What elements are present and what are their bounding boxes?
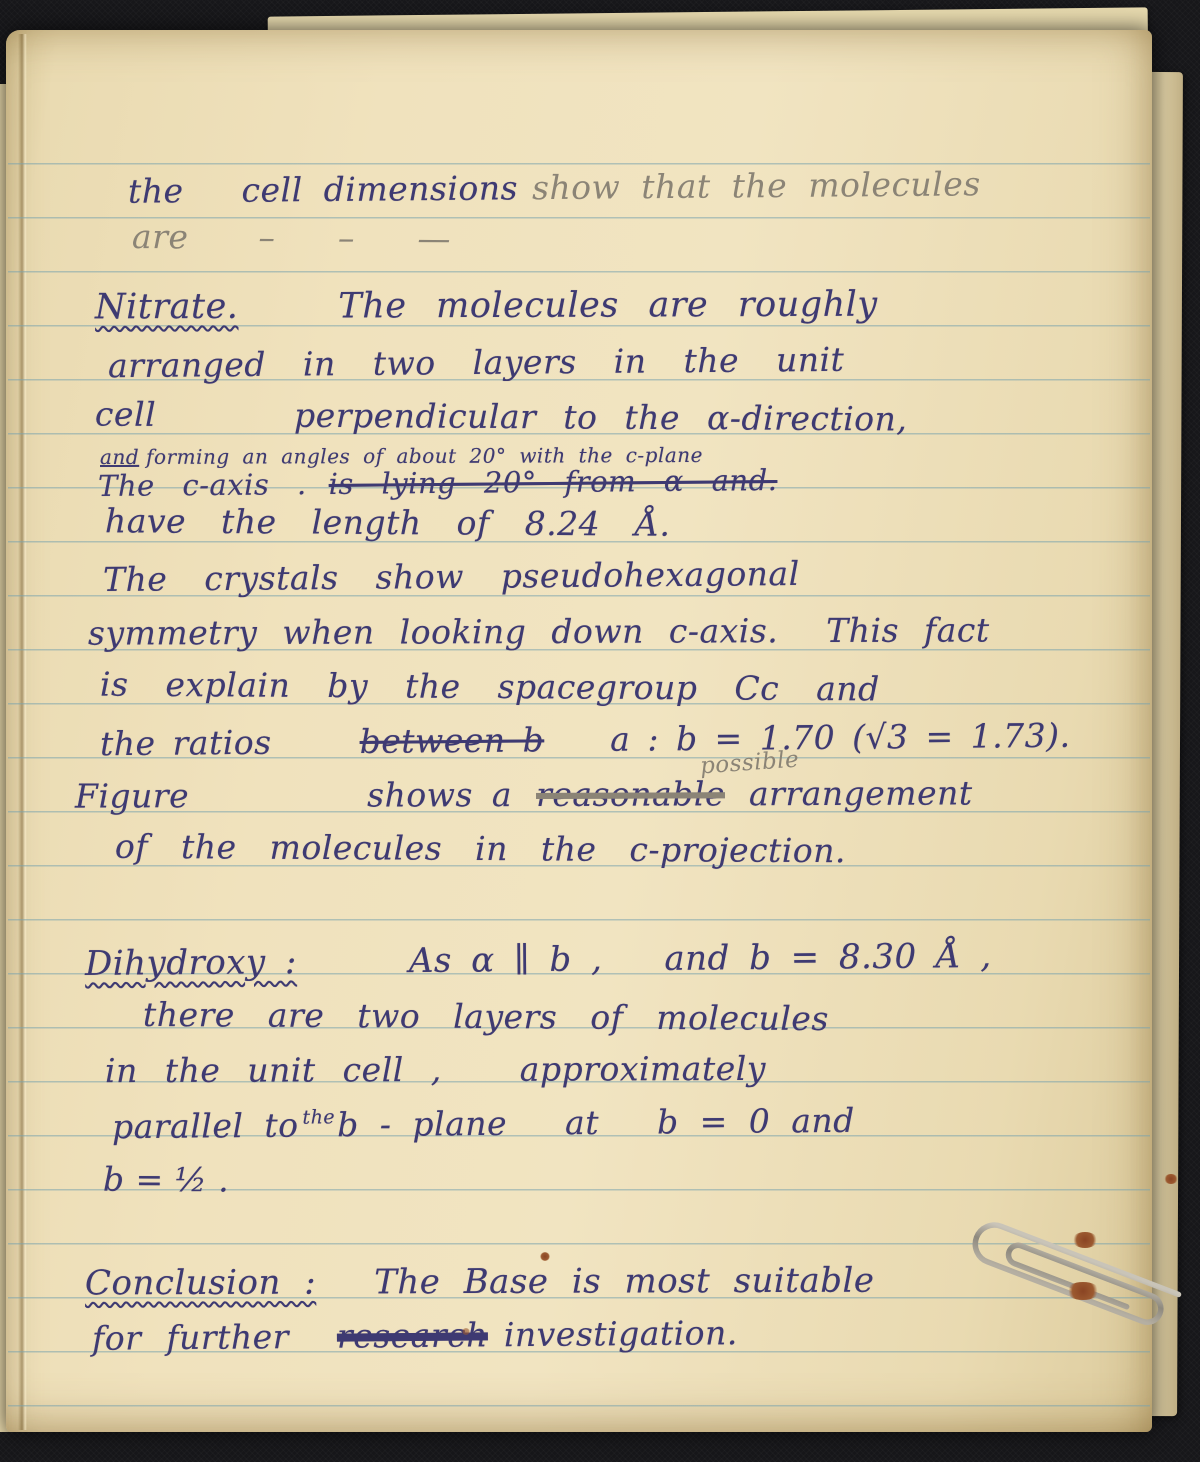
conclusion-line-1: The Base is most suitable bbox=[374, 1261, 874, 1303]
dihydroxy-line-4-superscript-the: the bbox=[302, 1106, 335, 1128]
nitrate-line-9-struck: between b bbox=[359, 720, 544, 761]
handwriting-line-nitrate-heading: Nitrate.The molecules are roughly bbox=[95, 285, 878, 328]
section-heading-dihydroxy: Dihydroxy : bbox=[85, 942, 297, 984]
nitrate-line-3a: cell bbox=[95, 395, 156, 434]
nitrate-line-11: of the molecules in the c-projection. bbox=[115, 827, 846, 870]
section-heading-nitrate: Nitrate. bbox=[95, 287, 239, 328]
intro-pencil-dashes: – – — bbox=[258, 218, 464, 258]
nitrate-line-7a: symmetry when looking down c-axis. bbox=[88, 611, 778, 652]
handwriting-line-nitrate-7: symmetry when looking down c-axis.This f… bbox=[88, 610, 990, 652]
nitrate-line-9b: a : b = 1.70 (√3 = 1.73). bbox=[610, 716, 1071, 759]
handwriting-line-nitrate-10: Figureshows areasonablearrangement bbox=[75, 773, 973, 815]
nitrate-line-8: is explain by the spacegroup Cc and bbox=[100, 665, 880, 709]
dihydroxy-line-1b: and b = 8.30 Å , bbox=[664, 936, 992, 979]
handwriting-line-nitrate-5: have the length of 8.24 Å. bbox=[105, 501, 671, 543]
handwriting-line-dihydroxy-2: there are two layers of molecules bbox=[143, 995, 829, 1038]
dihydroxy-line-2: there are two layers of molecules bbox=[143, 995, 829, 1038]
dihydroxy-line-1a: As α ∥ b , bbox=[409, 939, 603, 981]
nitrate-line-6: The crystals show pseudohexagonal bbox=[103, 554, 800, 599]
rust-stain bbox=[1066, 1282, 1100, 1300]
intro-ink-cell-dimensions: cell dimensions bbox=[241, 168, 518, 209]
nitrate-line-10a: Figure bbox=[75, 776, 189, 815]
intro-ink-the: the bbox=[128, 171, 184, 210]
conclusion-line-2b: investigation. bbox=[504, 1313, 738, 1354]
nitrate-line-5: have the length of 8.24 Å. bbox=[105, 501, 671, 543]
nitrate-insert-and: and bbox=[100, 445, 139, 469]
handwriting-line-nitrate-2: arranged in two layers in the unit bbox=[108, 340, 845, 385]
nitrate-line-1: The molecules are roughly bbox=[338, 285, 877, 327]
conclusion-line-2a: for further bbox=[92, 1317, 289, 1358]
intro-pencil-are: are bbox=[132, 217, 189, 256]
paper-speck bbox=[462, 1328, 470, 1335]
dihydroxy-line-4c: at bbox=[565, 1103, 599, 1142]
handwriting-line-conclusion-2: for furtherresearchinvestigation. bbox=[92, 1313, 738, 1358]
handwriting-line-nitrate-3: cellperpendicular to the α-direction, bbox=[95, 395, 908, 439]
dihydroxy-line-5: b = ½ . bbox=[103, 1160, 229, 1200]
handwriting-line-nitrate-11: of the molecules in the c-projection. bbox=[115, 827, 846, 870]
nitrate-line-10c: arrangement bbox=[749, 773, 973, 813]
section-heading-conclusion: Conclusion : bbox=[85, 1263, 316, 1304]
nitrate-line-7b: This fact bbox=[826, 610, 990, 650]
handwriting-line-dihydroxy-5: b = ½ . bbox=[103, 1160, 229, 1200]
dihydroxy-line-3a: in the unit cell , bbox=[105, 1050, 442, 1090]
nitrate-line-4a: The c-axis . bbox=[98, 467, 307, 503]
dihydroxy-line-3b: approximately bbox=[520, 1049, 766, 1089]
nitrate-line-9a: the ratios bbox=[100, 723, 272, 763]
nitrate-line-10-struck: reasonable bbox=[536, 774, 725, 814]
paper-speck bbox=[540, 1252, 550, 1261]
handwriting-line-dihydroxy-3: in the unit cell ,approximately bbox=[105, 1049, 766, 1090]
handwriting-line-intro-1: thecell dimensionsshow that the molecule… bbox=[128, 164, 981, 210]
rust-stain bbox=[1072, 1232, 1098, 1248]
handwriting-line-dihydroxy-heading: Dihydroxy :As α ∥ b ,and b = 8.30 Å , bbox=[85, 936, 992, 984]
handwriting-line-nitrate-8: is explain by the spacegroup Cc and bbox=[100, 665, 880, 709]
conclusion-line-2-struck: research bbox=[337, 1315, 488, 1355]
rust-stain bbox=[1164, 1174, 1178, 1184]
dihydroxy-line-4b: b - plane bbox=[337, 1104, 507, 1144]
nitrate-line-10b: shows a bbox=[367, 775, 512, 815]
handwriting-line-intro-2: are– – — bbox=[132, 217, 465, 258]
dihydroxy-line-4a: parallel to bbox=[112, 1106, 299, 1147]
dihydroxy-line-4d: b = 0 and bbox=[657, 1101, 855, 1142]
nitrate-line-3b: perpendicular to the α-direction, bbox=[294, 396, 907, 439]
handwriting-line-nitrate-6: The crystals show pseudohexagonal bbox=[103, 554, 800, 599]
nitrate-line-2: arranged in two layers in the unit bbox=[108, 340, 845, 385]
handwriting-line-conclusion-heading: Conclusion :The Base is most suitable bbox=[85, 1261, 875, 1304]
nitrate-line-4-struck: is lying 20° from α and. bbox=[329, 463, 778, 501]
handwriting-line-nitrate-4: The c-axis .is lying 20° from α and. bbox=[98, 463, 778, 503]
handwriting-line-dihydroxy-4: parallel totheb - planeatb = 0 and bbox=[112, 1101, 855, 1146]
intro-pencil-show-that: show that the molecules bbox=[532, 164, 981, 207]
